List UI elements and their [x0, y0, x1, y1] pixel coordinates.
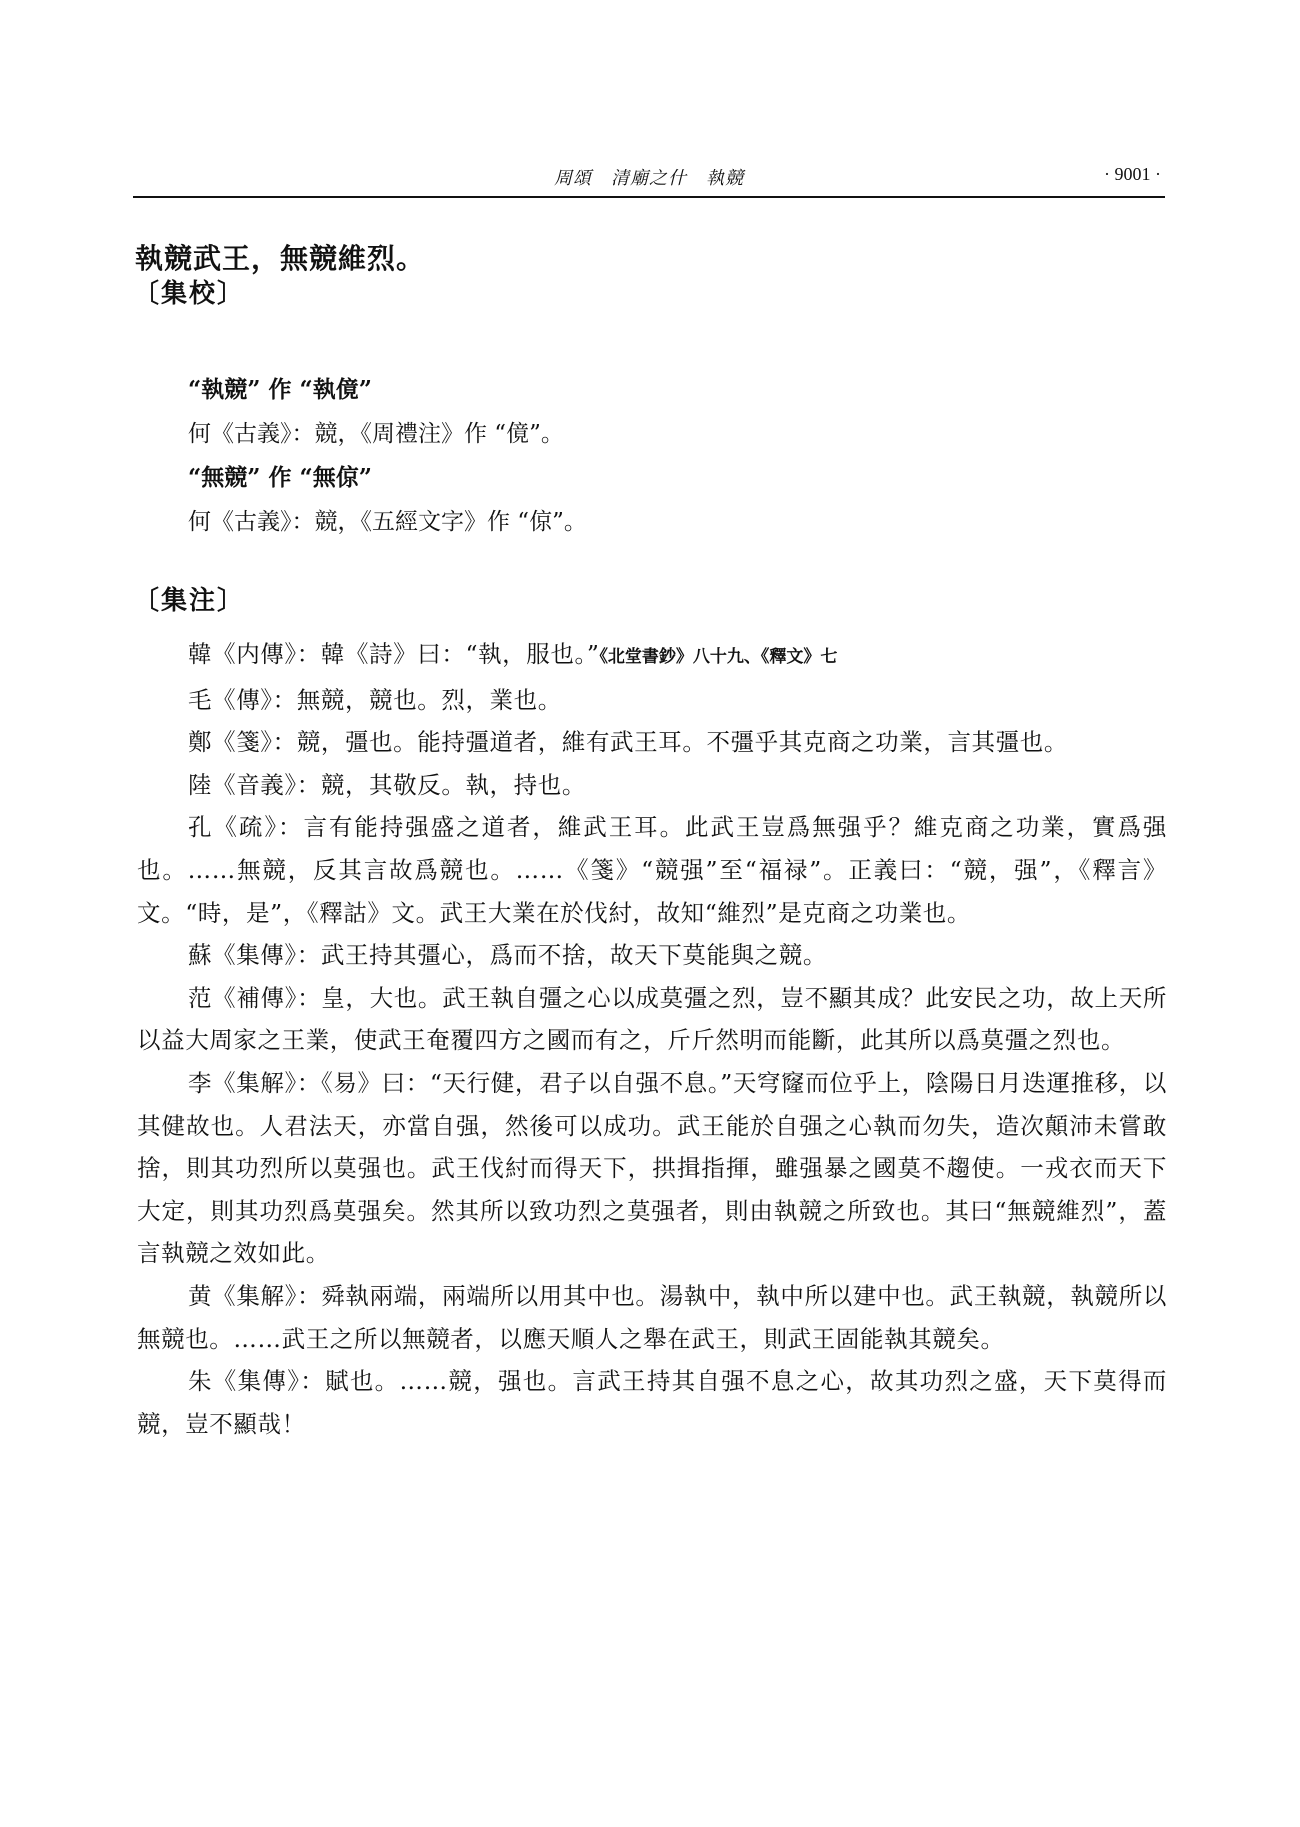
note-fan: 范《補傳》：皇，大也。武王執自彊之心以成莫彊之烈，豈不顯其成？此安民之功，故上天…	[137, 977, 1167, 1062]
annotations-section-title: 〔集注〕	[133, 580, 245, 617]
note-zhu: 朱《集傳》：賦也。……競，强也。言武王持其自强不息之心，故其功烈之盛，天下莫得而…	[137, 1360, 1167, 1445]
note-kong: 孔《疏》：言有能持强盛之道者，維武王耳。此武王豈爲無强乎？維克商之功業，實爲强也…	[137, 806, 1167, 934]
note-lu: 陸《音義》：競，其敬反。執，持也。	[137, 764, 1167, 807]
page-number: · 9001 ·	[1104, 164, 1161, 185]
collation-section: “執競” 作 “執傹” 何《古義》：競，《周禮注》作 “傹”。 “無競” 作 “…	[188, 368, 1168, 544]
collation-line: “執競” 作 “執傹”	[188, 368, 1168, 412]
collation-line: “無競” 作 “無倞”	[188, 456, 1168, 500]
verse-text: 執競武王，無競維烈。	[135, 237, 425, 277]
annotations-section: 韓《内傳》：韓《詩》曰：“執，服也。”《北堂書鈔》八十九、《釋文》七 毛《傳》：…	[137, 633, 1167, 1445]
note-su: 蘇《集傳》：武王持其彊心，爲而不捨，故天下莫能與之競。	[137, 934, 1167, 977]
collation-section-title: 〔集校〕	[133, 273, 245, 310]
note-citation: 《北堂書鈔》八十九、《釋文》七	[599, 647, 837, 667]
note-zheng: 鄭《箋》：競，彊也。能持彊道者，維有武王耳。不彊乎其克商之功業，言其彊也。	[137, 721, 1167, 764]
note-huang: 黄《集解》：舜執兩端，兩端所以用其中也。湯執中，執中所以建中也。武王執競，執競所…	[137, 1275, 1167, 1360]
running-head: 周頌 清廟之什 執競 · 9001 ·	[133, 160, 1165, 198]
note-text: 韓《内傳》：韓《詩》曰：“執，服也。”	[188, 640, 599, 668]
note-han: 韓《内傳》：韓《詩》曰：“執，服也。”《北堂書鈔》八十九、《釋文》七	[137, 633, 1167, 679]
collation-line: 何《古義》：競，《周禮注》作 “傹”。	[188, 412, 1168, 456]
note-li: 李《集解》：《易》曰：“天行健，君子以自强不息。”天穹窿而位乎上，陰陽日月迭運推…	[137, 1062, 1167, 1275]
running-title: 周頌 清廟之什 執競	[133, 164, 1165, 190]
collation-line: 何《古義》：競，《五經文字》作 “倞”。	[188, 500, 1168, 544]
note-mao: 毛《傳》：無競，競也。烈，業也。	[137, 679, 1167, 722]
